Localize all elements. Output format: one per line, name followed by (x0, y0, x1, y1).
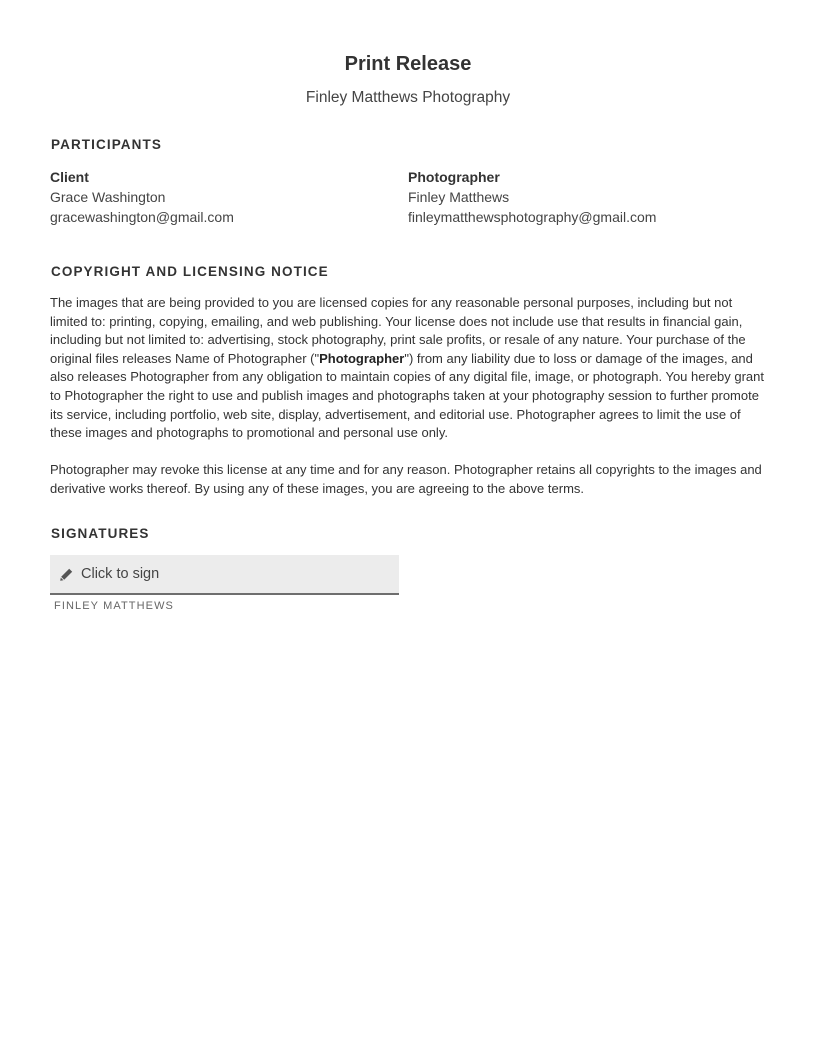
document-title: Print Release (0, 53, 816, 76)
copyright-paragraph-1: The images that are being provided to yo… (50, 294, 768, 443)
participants-heading: PARTICIPANTS (51, 137, 162, 152)
photographer-email: finleymatthewsphotography@gmail.com (408, 207, 656, 227)
print-release-document: Print Release Finley Matthews Photograph… (0, 0, 816, 1055)
click-to-sign-button[interactable]: Click to sign (50, 555, 399, 595)
copyright-heading: COPYRIGHT AND LICENSING NOTICE (51, 264, 329, 279)
signatures-heading: SIGNATURES (51, 526, 150, 541)
client-role-label: Client (50, 167, 234, 187)
pencil-icon (60, 568, 73, 581)
photographer-name: Finley Matthews (408, 187, 656, 207)
client-email: gracewashington@gmail.com (50, 207, 234, 227)
client-info: Client Grace Washington gracewashington@… (50, 167, 234, 227)
photographer-info: Photographer Finley Matthews finleymatth… (408, 167, 656, 227)
signer-name-label: FINLEY MATTHEWS (54, 600, 174, 612)
copyright-paragraph-2: Photographer may revoke this license at … (50, 461, 768, 498)
photographer-defined-term: Photographer (319, 351, 404, 366)
photographer-role-label: Photographer (408, 167, 656, 187)
sign-button-label: Click to sign (81, 566, 159, 582)
client-name: Grace Washington (50, 187, 234, 207)
document-subtitle: Finley Matthews Photography (0, 89, 816, 107)
